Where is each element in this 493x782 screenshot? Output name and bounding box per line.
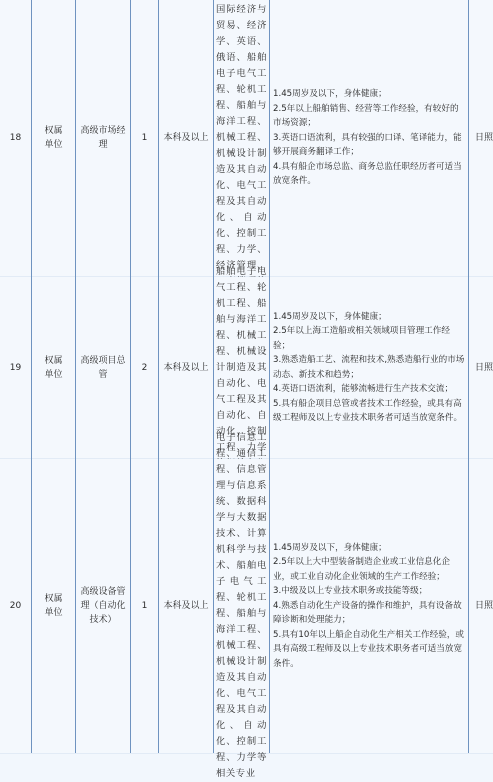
position-cell: 高级项目总 管 xyxy=(76,277,130,458)
requirements-cell: 1.45周岁及以下，身体健康； 2.5年以上大中型装备制造企业或工业信息化企业，… xyxy=(270,459,468,753)
row-number: 20 xyxy=(0,459,31,753)
unit-cell: 权属 单位 xyxy=(32,459,75,753)
position-cell: 高级市场经 理 xyxy=(76,0,130,276)
location-cell: 日照 xyxy=(469,0,493,276)
major-cell: 电子信息工程、通信工程、信息管理与信息系统、数据科学与大数据技术、计算机科学与技… xyxy=(214,459,269,753)
requirements-cell: 1.45周岁及以下，身体健康； 2.5年以上海工造船或相关领域项目管理工作经验；… xyxy=(270,277,468,458)
position-cell: 高级设备管 理（自动化 技术） xyxy=(76,459,130,753)
location-cell: 日照 xyxy=(469,459,493,753)
education-cell: 本科及以上 xyxy=(159,459,213,753)
headcount-cell: 2 xyxy=(131,277,158,458)
column-divider xyxy=(130,0,131,753)
table-row: 18 权属 单位 高级市场经 理 1 本科及以上 国际商务、市场营销、国际经济与… xyxy=(0,0,493,277)
column-divider xyxy=(158,0,159,753)
column-divider xyxy=(75,0,76,753)
row-number: 19 xyxy=(0,277,31,458)
column-divider xyxy=(269,0,270,753)
requirements-cell: 1.45周岁及以下，身体健康； 2.5年以上船舶销售、经营等工作经验，有较好的市… xyxy=(270,0,468,276)
column-divider xyxy=(213,0,214,753)
column-divider xyxy=(468,0,469,753)
unit-cell: 权属 单位 xyxy=(32,277,75,458)
location-cell: 日照 xyxy=(469,277,493,458)
row-number: 18 xyxy=(0,0,31,276)
table-row: 20 权属 单位 高级设备管 理（自动化 技术） 1 本科及以上 电子信息工程、… xyxy=(0,459,493,753)
education-cell: 本科及以上 xyxy=(159,277,213,458)
unit-cell: 权属 单位 xyxy=(32,0,75,276)
column-divider xyxy=(31,0,32,753)
major-cell: 国际商务、市场营销、国际经济与贸易、经济学、英语、俄语、船舶电子电气工程、轮机工… xyxy=(214,0,269,276)
education-cell: 本科及以上 xyxy=(159,0,213,276)
headcount-cell: 1 xyxy=(131,459,158,753)
headcount-cell: 1 xyxy=(131,0,158,276)
